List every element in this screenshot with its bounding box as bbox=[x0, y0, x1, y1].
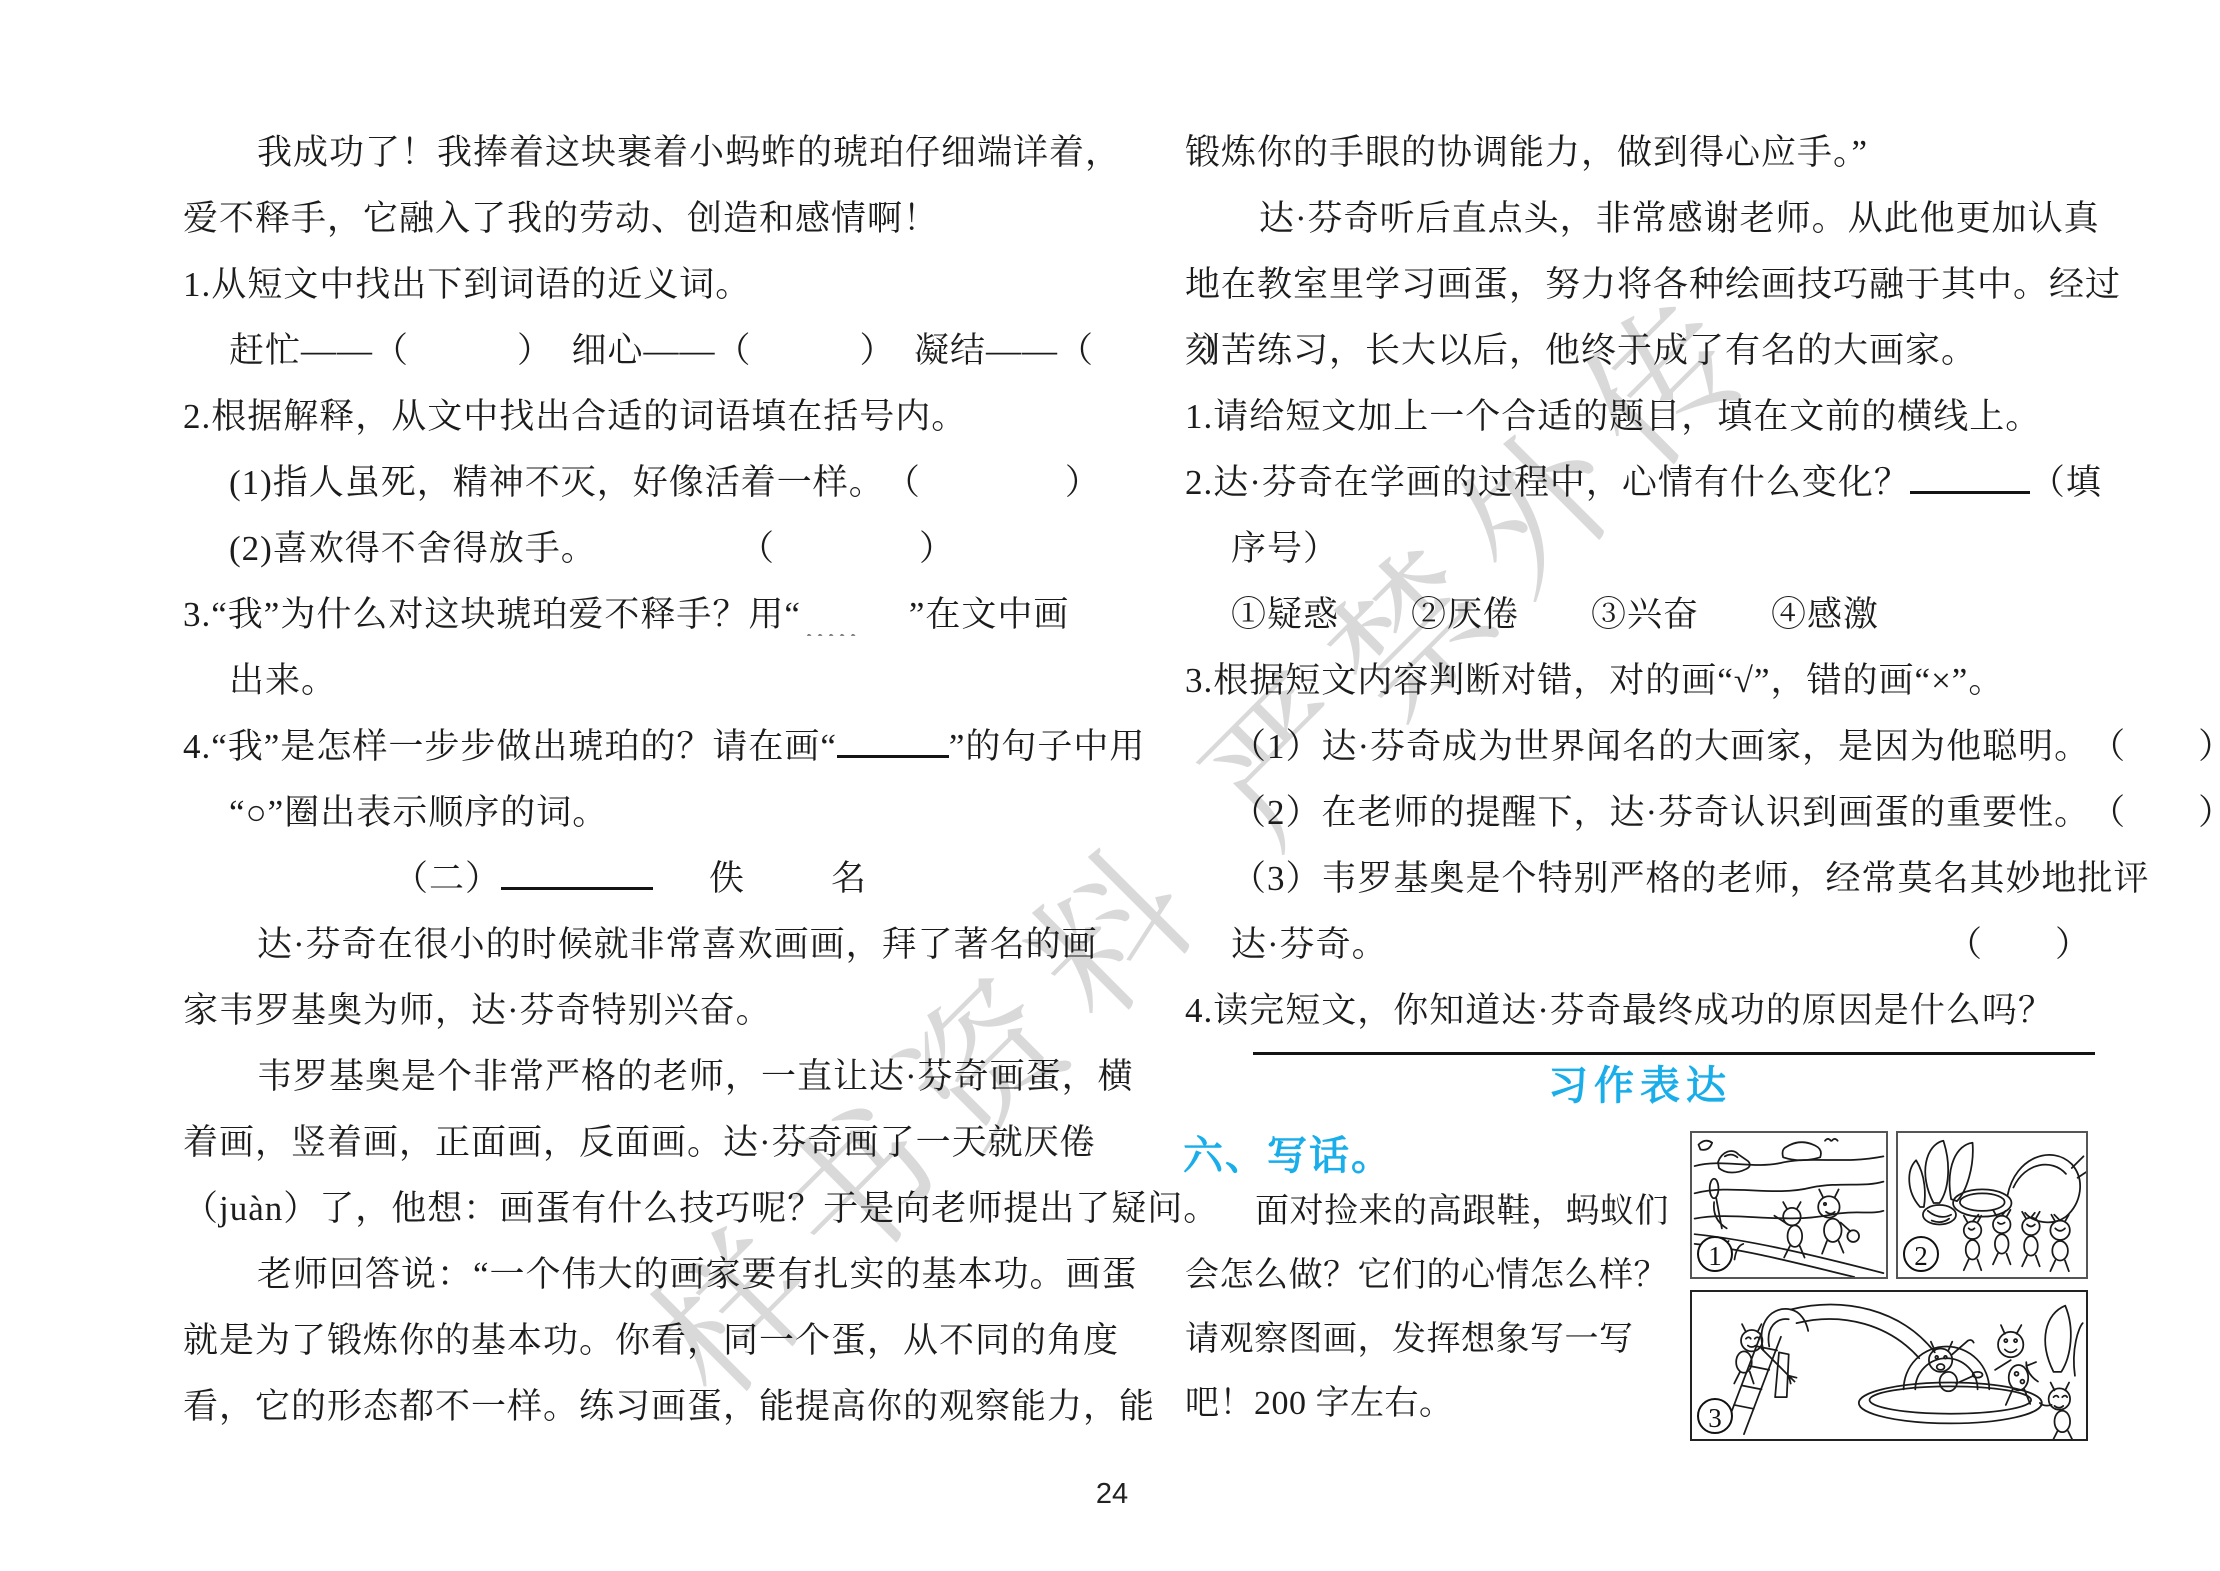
question-1-blanks: 赶忙——（ ） 细心——（ ） 凝结——（ ） bbox=[183, 318, 1075, 384]
passage2-line: 达·芬奇听后直点头，非常感谢老师。从此他更加认真 bbox=[1185, 186, 2095, 252]
question-4: 4.读完短文，你知道达·芬奇最终成功的原因是什么吗？ bbox=[1185, 978, 2095, 1044]
question-2: 2.根据解释，从文中找出合适的词语填在括号内。 bbox=[183, 384, 1075, 450]
passage2-line: 老师回答说：“一个伟大的画家要有扎实的基本功。画蛋 bbox=[183, 1242, 1075, 1308]
passage2-line: 着画，竖着画，正面画，反面画。达·芬奇画了一天就厌倦 bbox=[183, 1110, 1075, 1176]
passage2-line: 达·芬奇在很小的时候就非常喜欢画画，拜了著名的画 bbox=[183, 912, 1075, 978]
passage1-line: 我成功了！我捧着这块裹着小蚂蚱的琥珀仔细端详着， bbox=[183, 120, 1075, 186]
item-six-write-label: 六、写话。 bbox=[1183, 1128, 1393, 1184]
writing-prompt-line: 面对捡来的高跟鞋，蚂蚁们 bbox=[1185, 1180, 1679, 1244]
underline-blank bbox=[837, 715, 949, 758]
wavy-underline-blank bbox=[801, 582, 909, 648]
question-2-text: 2.达·芬奇在学画的过程中，心情有什么变化？ bbox=[1185, 463, 1910, 502]
question-2-options: ①疑惑 ②厌倦 ③兴奋 ④感激 bbox=[1185, 582, 2095, 648]
answer-brackets: （ ） bbox=[739, 516, 955, 582]
question-4-text: ”的句子中用 bbox=[949, 727, 1146, 766]
question-4-text: 4.“我”是怎样一步步做出琥珀的？请在画“ bbox=[183, 727, 837, 766]
question-3-text: 3.“我”为什么对这块琥珀爱不释手？用“ bbox=[183, 595, 801, 634]
writing-prompt-line: 吧！200 字左右。 bbox=[1185, 1372, 1679, 1436]
passage2-author: 佚 名 bbox=[709, 859, 892, 898]
question-3-item-3-continuation: 达·芬奇。 （ ） bbox=[1185, 912, 2095, 978]
question-4: 4.“我”是怎样一步步做出琥珀的？请在画“”的句子中用 bbox=[183, 714, 1075, 780]
question-2-item-1: (1)指人虽死，精神不灭，好像活着一样。 （ ） bbox=[183, 450, 1075, 516]
question-2-text: （填 bbox=[2030, 463, 2102, 502]
question-3: 3.根据短文内容判断对错，对的画“√”，错的画“×”。 bbox=[1185, 648, 2095, 714]
writing-prompt: 面对捡来的高跟鞋，蚂蚁们 会怎么做？它们的心情怎么样？ 请观察图画，发挥想象写一… bbox=[1185, 1180, 1679, 1436]
answer-brackets: （ ） bbox=[1947, 912, 2091, 978]
question-3-item-1-text: （1）达·芬奇成为世界闻名的大画家，是因为他聪明。 bbox=[1231, 714, 2090, 780]
shoe-slide-playground-illustration bbox=[1692, 1292, 2086, 1439]
comic-strip: 1 2 bbox=[1690, 1131, 2088, 1441]
panel-number-badge: 2 bbox=[1903, 1236, 1939, 1272]
answer-brackets: （ ） bbox=[885, 450, 1101, 516]
writing-prompt-line: 请观察图画，发挥想象写一写 bbox=[1185, 1308, 1679, 1372]
answer-brackets: （ ） bbox=[2090, 714, 2220, 780]
answer-line bbox=[1253, 1044, 2095, 1055]
passage2-line: 地在教室里学习画蛋，努力将各种绘画技巧融于其中。经过 bbox=[1185, 252, 2095, 318]
answer-brackets: （ ） bbox=[2090, 780, 2220, 846]
question-2: 2.达·芬奇在学画的过程中，心情有什么变化？（填 bbox=[1185, 450, 2095, 516]
question-1: 1.从短文中找出下到词语的近义词。 bbox=[183, 252, 1075, 318]
question-3: 3.“我”为什么对这块琥珀爱不释手？用“ ”在文中画 bbox=[183, 582, 1075, 648]
right-column: 锻炼你的手眼的协调能力，做到得心应手。” 达·芬奇听后直点头，非常感谢老师。从此… bbox=[1185, 120, 2095, 1110]
question-3-text: ”在文中画 bbox=[909, 595, 1070, 634]
passage2-line: 看，它的形态都不一样。练习画蛋，能提高你的观察能力，能 bbox=[183, 1374, 1075, 1440]
question-2-item-2-text: (2)喜欢得不舍得放手。 bbox=[229, 516, 597, 582]
panel-number-badge: 3 bbox=[1697, 1398, 1733, 1434]
page-number: 24 bbox=[1082, 1478, 1142, 1511]
comic-panel-3: 3 bbox=[1690, 1290, 2088, 1441]
question-1: 1.请给短文加上一个合适的题目，填在文前的横线上。 bbox=[1185, 384, 2095, 450]
left-column: 我成功了！我捧着这块裹着小蚂蚱的琥珀仔细端详着， 爱不释手，它融入了我的劳动、创… bbox=[183, 120, 1075, 1440]
passage2-line: 刻苦练习，长大以后，他终于成了有名的大画家。 bbox=[1185, 318, 2095, 384]
question-2-continuation: 序号） bbox=[1185, 516, 2095, 582]
passage2-number: （二） bbox=[393, 859, 501, 898]
passage2-line: 就是为了锻炼你的基本功。你看，同一个蛋，从不同的角度 bbox=[183, 1308, 1075, 1374]
writing-prompt-line: 会怎么做？它们的心情怎么样？ bbox=[1185, 1244, 1679, 1308]
passage2-line: 锻炼你的手眼的协调能力，做到得心应手。” bbox=[1185, 120, 2095, 186]
question-2-item-1-text: (1)指人虽死，精神不灭，好像活着一样。 bbox=[229, 450, 885, 516]
underline-blank bbox=[1910, 451, 2030, 494]
question-3-item-3-text: 达·芬奇。 bbox=[1231, 912, 1388, 978]
comic-panel-1: 1 bbox=[1690, 1131, 1888, 1279]
comic-panel-2: 2 bbox=[1896, 1131, 2088, 1279]
question-3-item-3: （3）韦罗基奥是个特别严格的老师，经常莫名其妙地批评 bbox=[1185, 846, 2095, 912]
question-2-item-2: (2)喜欢得不舍得放手。 （ ） bbox=[183, 516, 1075, 582]
passage1-line: 爱不释手，它融入了我的劳动、创造和感情啊！ bbox=[183, 186, 1075, 252]
passage2-line: 家韦罗基奥为师，达·芬奇特别兴奋。 bbox=[183, 978, 1075, 1044]
panel-number-badge: 1 bbox=[1697, 1236, 1733, 1272]
question-4-continuation: “○”圈出表示顺序的词。 bbox=[183, 780, 1075, 846]
passage2-heading: （二）佚 名 bbox=[183, 846, 1075, 912]
question-3-item-2-text: （2）在老师的提醒下，达·芬奇认识到画蛋的重要性。 bbox=[1231, 780, 2090, 846]
title-blank bbox=[501, 847, 653, 890]
question-3-item-2: （2）在老师的提醒下，达·芬奇认识到画蛋的重要性。 （ ） bbox=[1185, 780, 2095, 846]
question-3-item-1: （1）达·芬奇成为世界闻名的大画家，是因为他聪明。 （ ） bbox=[1185, 714, 2095, 780]
passage2-line: （juàn）了，他想：画蛋有什么技巧呢？于是向老师提出了疑问。 bbox=[183, 1176, 1075, 1242]
section-title-writing-expression: 习作表达 bbox=[1185, 1058, 2095, 1114]
question-3-continuation: 出来。 bbox=[183, 648, 1075, 714]
passage2-line: 韦罗基奥是个非常严格的老师，一直让达·芬奇画蛋，横 bbox=[183, 1044, 1075, 1110]
